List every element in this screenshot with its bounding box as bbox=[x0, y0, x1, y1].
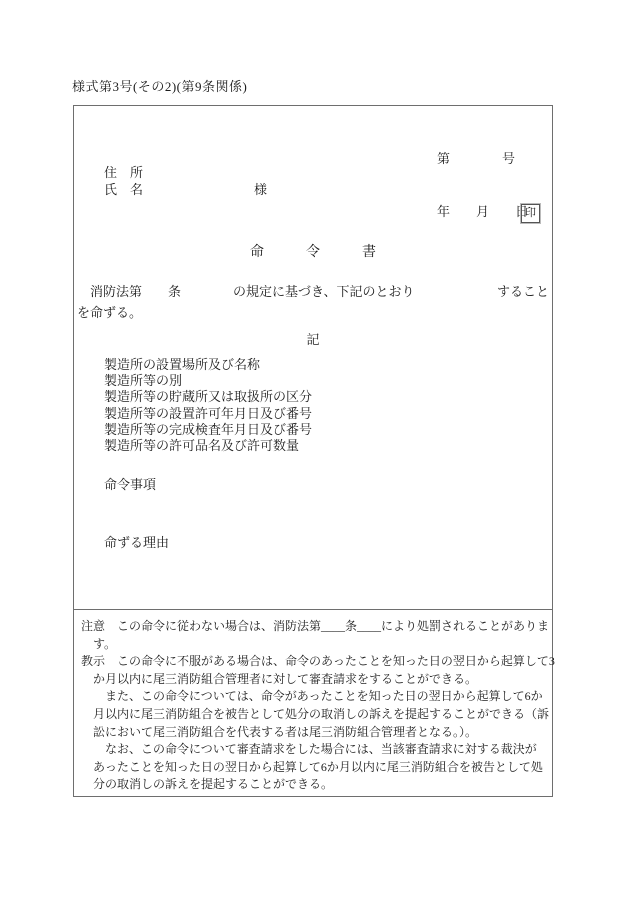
facility-fact-item: 製造所等の許可品名及び許可数量 bbox=[104, 438, 312, 454]
doc-number-date-block: 第 号 年 月 日 bbox=[437, 115, 528, 255]
facility-fact-item: 製造所等の別 bbox=[104, 373, 312, 389]
seal-stamp-icon: 印 bbox=[521, 204, 540, 223]
note-line: あったことを知った日の翌日から起算して6か月以内に尾三消防組合を被告として処 bbox=[81, 759, 546, 777]
notes-section-box: 注意 この命令に従わない場合は、消防法第____条____により処罰されることが… bbox=[73, 610, 553, 797]
order-reason-label: 命ずる理由 bbox=[104, 532, 169, 551]
body-statute-line: 消防法第 条 の規定に基づき、下記のとおり bbox=[77, 281, 414, 300]
order-items-label: 命令事項 bbox=[104, 474, 156, 493]
facility-fact-item: 製造所等の完成検査年月日及び番号 bbox=[104, 422, 312, 438]
note-line: か月以内に尾三消防組合管理者に対して審査請求をすることができる。 bbox=[81, 671, 546, 689]
body-order-line: を命ずる。 bbox=[77, 302, 142, 321]
ki-heading: 記 bbox=[74, 329, 552, 348]
note-line: 月以内に尾三消防組合を被告として処分の取消しの訴えを提起することができる（訴 bbox=[81, 706, 546, 724]
facility-fact-item: 製造所等の設置許可年月日及び番号 bbox=[104, 406, 312, 422]
document-title: 命 令 書 bbox=[74, 241, 552, 261]
facility-fact-list: 製造所の設置場所及び名称製造所等の別製造所等の貯蔵所又は取扱所の区分製造所等の設… bbox=[104, 357, 312, 454]
note-line: 訟において尾三消防組合を代表する者は尾三消防組合管理者となる。）。 bbox=[81, 724, 546, 742]
note-line: す。 bbox=[81, 636, 546, 654]
honorific-sama: 様 bbox=[254, 179, 267, 198]
doc-date-line: 年 月 日 bbox=[437, 203, 528, 221]
order-document-box: 第 号 年 月 日 住 所 氏 名 様 印 命 令 書 消防法第 条 の規定に基… bbox=[73, 105, 553, 610]
form-number-label: 様式第3号(その2)(第9条関係) bbox=[72, 76, 247, 95]
facility-fact-item: 製造所の設置場所及び名称 bbox=[104, 357, 312, 373]
note-line: 分の取消しの訴えを提起することができる。 bbox=[81, 776, 546, 794]
body-statute-line-end: すること bbox=[497, 281, 549, 300]
scanned-form-page: 様式第3号(その2)(第9条関係) 第 号 年 月 日 住 所 氏 名 様 印 … bbox=[0, 0, 630, 903]
note-line: なお、この命令について審査請求をした場合には、当該審査請求に対する裁決が bbox=[81, 741, 546, 759]
note-line: 教示 この命令に不服がある場合は、命令のあったことを知った日の翌日から起算して3 bbox=[81, 653, 546, 671]
facility-fact-item: 製造所等の貯蔵所又は取扱所の区分 bbox=[104, 389, 312, 405]
doc-number-line: 第 号 bbox=[437, 150, 528, 168]
name-label: 氏 名 bbox=[104, 179, 143, 198]
note-line: また、この命令については、命令があったことを知った日の翌日から起算して6か bbox=[81, 688, 546, 706]
note-line: 注意 この命令に従わない場合は、消防法第____条____により処罰されることが… bbox=[81, 618, 546, 636]
